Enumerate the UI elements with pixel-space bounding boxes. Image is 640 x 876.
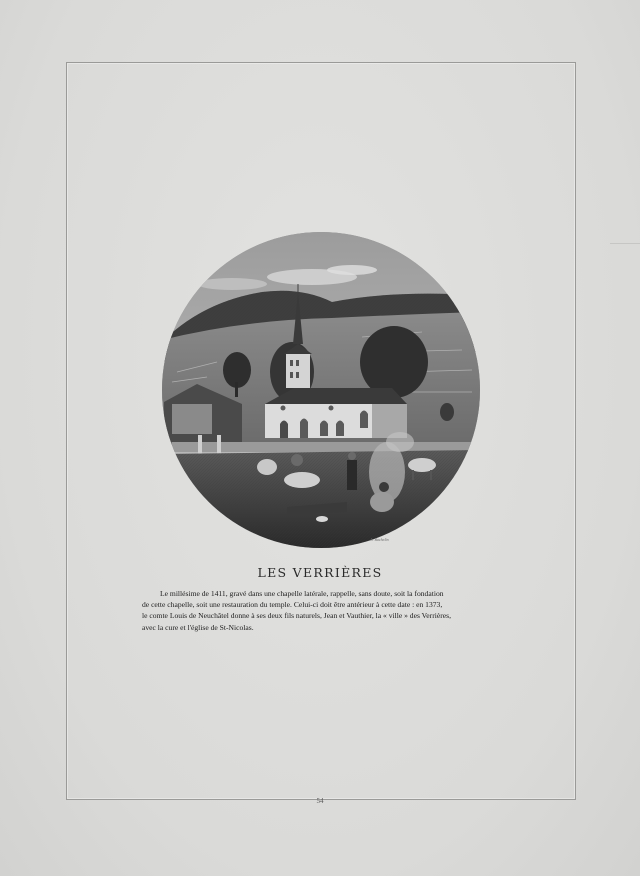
- church-engraving-illustration: [162, 232, 480, 548]
- paragraph-line: de cette chapelle, soit une restauration…: [142, 599, 500, 610]
- engraver-signature: A. Bachelin: [370, 537, 389, 542]
- paragraph-line: Le millésime de 1411, gravé dans une cha…: [142, 588, 500, 599]
- engraving-svg: [162, 232, 480, 548]
- page-title: LES VERRIÈRES: [0, 565, 640, 580]
- page-number: 54: [0, 797, 640, 805]
- paper-fold-mark: [610, 243, 640, 244]
- body-paragraph: Le millésime de 1411, gravé dans une cha…: [142, 588, 500, 633]
- paragraph-line: avec la cure et l'église de St-Nicolas.: [142, 622, 500, 633]
- paragraph-line: le comte Louis de Neuchâtel donne à ses …: [142, 610, 500, 621]
